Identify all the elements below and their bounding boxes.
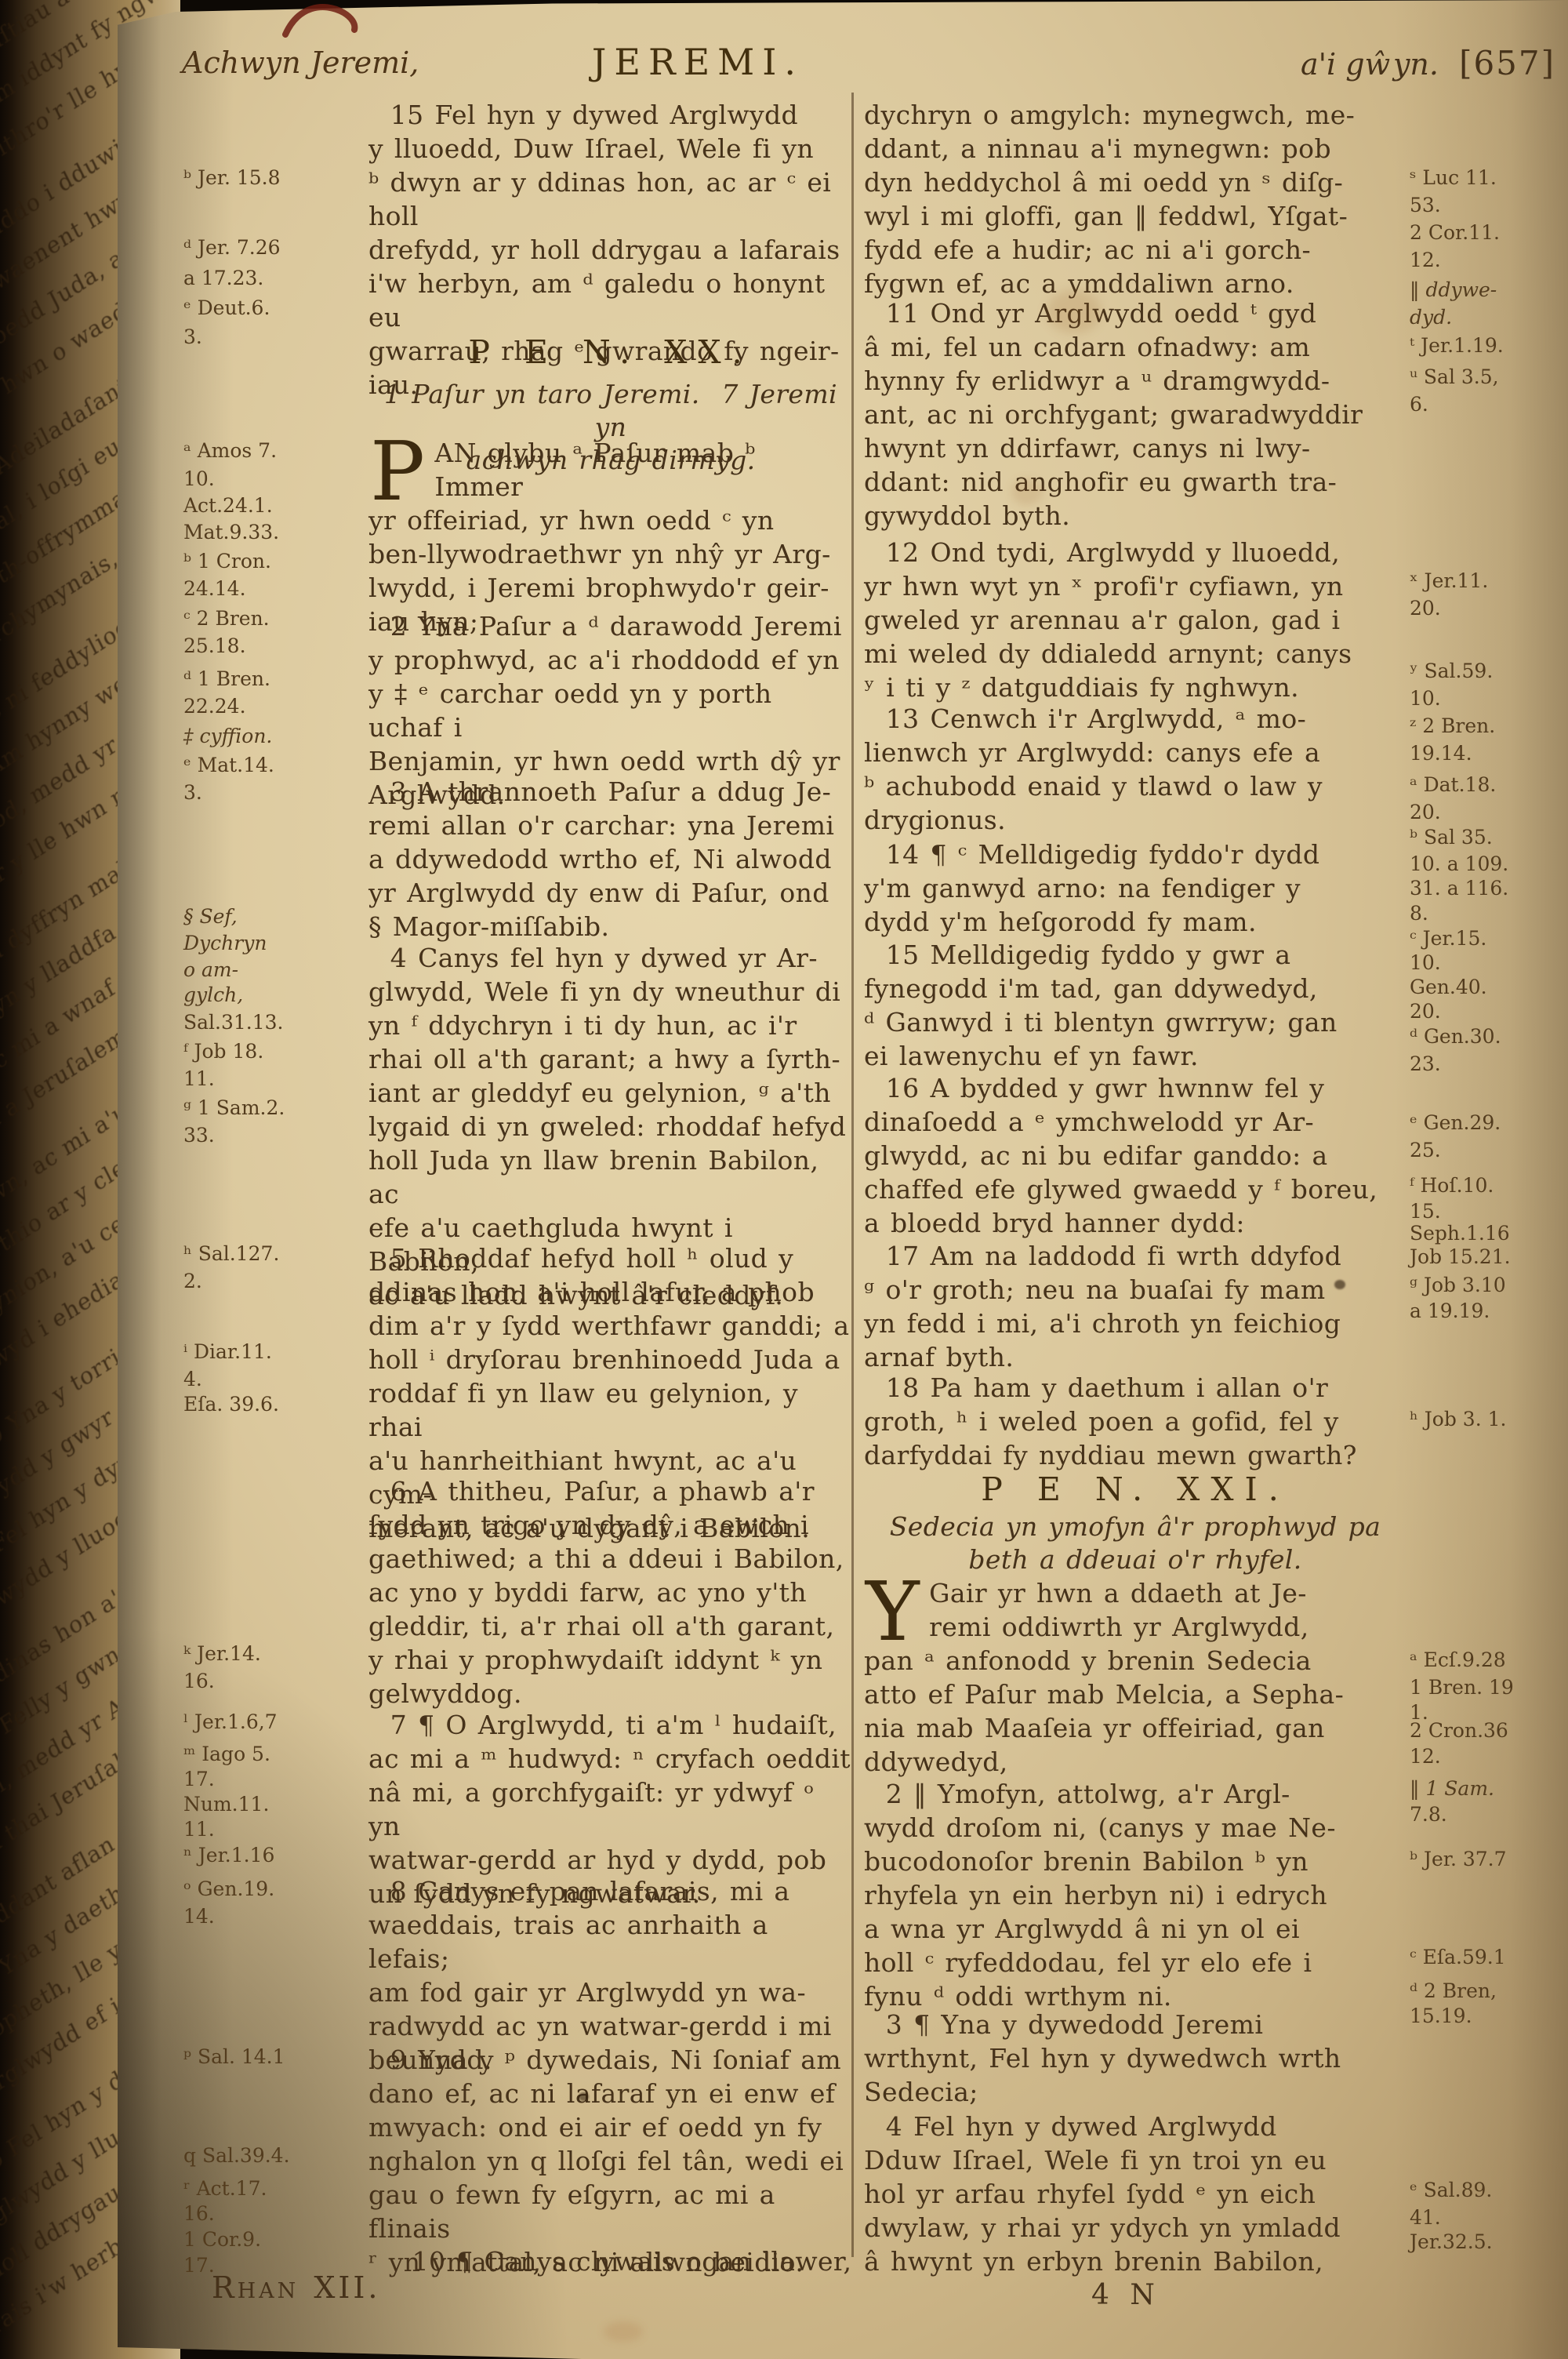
margin-cross-reference: Seph.1.16	[1410, 1222, 1510, 1245]
margin-cross-reference: 14.	[183, 1905, 215, 1928]
margin-cross-reference: § Sef,	[183, 905, 238, 929]
margin-cross-reference: ᵈ Jer. 7.26	[183, 236, 281, 260]
margin-cross-reference: q Sal.39.4.	[183, 2144, 290, 2168]
chapter-heading-20: P E N. XX.	[368, 336, 853, 369]
drop-cap-initial: Y	[864, 1576, 929, 1644]
verse-12: 12 Ond tydi, Arglwydd y lluoedd, yr hwn …	[864, 536, 1406, 704]
margin-cross-reference: 8.	[1410, 902, 1428, 925]
margin-cross-reference: ᵏ Jer.14.	[183, 1642, 261, 1666]
margin-cross-reference: 2 Cor.11.	[1410, 221, 1500, 245]
margin-cross-reference: ʰ Sal.127.	[183, 1242, 279, 1266]
margin-cross-reference: 16.	[183, 1670, 215, 1693]
book-photograph: yr hwn pwy bynnag a'i clywgluſtiau a fer…	[0, 0, 1568, 2359]
margin-cross-reference: Eſa. 39.6.	[183, 1393, 279, 1416]
margin-cross-reference: ᵃ Dat.18.	[1410, 773, 1496, 797]
signature-mark: 4 N	[1091, 2278, 1160, 2312]
verse-text: Gair yr hwn a ddaeth at Je- remi oddiwrt…	[864, 1578, 1344, 1777]
margin-cross-reference: 11.	[183, 1818, 215, 1841]
verse-3: 3 A thrannoeth Paſur a ddug Je- remi all…	[368, 775, 853, 943]
verse-15: 15 Melldigedig fyddo y gwr a fynegodd i'…	[864, 938, 1406, 1073]
verse-text: AN glybu ᵃ Paſur mab ᵇ Immer yr offeiria…	[368, 438, 831, 637]
margin-cross-reference: ᵉ Sal.89.	[1410, 2179, 1492, 2202]
verse-1: YGair yr hwn a ddaeth at Je- remi oddiwr…	[864, 1576, 1406, 1779]
drop-cap-initial: P	[368, 436, 434, 503]
margin-cross-reference: 20.	[1410, 597, 1441, 620]
margin-cross-reference: ᶜ 2 Bren.	[183, 607, 270, 631]
margin-cross-reference: 33.	[183, 1124, 215, 1147]
margin-cross-reference: ‖ ddywe-	[1410, 278, 1497, 302]
margin-cross-reference: 19.14.	[1410, 742, 1472, 765]
verse-10-cont: dychryn o amgylch: mynegwch, me- ddant, …	[864, 98, 1406, 300]
margin-cross-reference: ᵉ Gen.29.	[1410, 1111, 1501, 1135]
margin-cross-reference: Mat.9.33.	[183, 521, 279, 544]
margin-cross-reference: ʰ Job 3. 1.	[1410, 1408, 1506, 1431]
margin-cross-reference: 31. a 116.	[1410, 877, 1508, 900]
margin-cross-reference: 6.	[1410, 393, 1428, 416]
margin-cross-reference: gylch,	[183, 983, 243, 1007]
margin-cross-reference: 12.	[1410, 1745, 1441, 1768]
margin-cross-reference: ᵃ Ecſ.9.28	[1410, 1648, 1506, 1672]
margin-cross-reference: ʳ Act.17.	[183, 2177, 267, 2201]
margin-cross-reference: ᵇ Jer. 37.7	[1410, 1848, 1507, 1871]
margin-cross-reference: ᵈ 2 Bren,	[1410, 1979, 1497, 2003]
margin-cross-reference: ᵉ Deut.6.	[183, 296, 270, 320]
margin-cross-reference: ‡ cyffion.	[183, 725, 272, 748]
verse-14: 14 ¶ ᶜ Melldigedig fyddo'r dydd y'm ganw…	[864, 838, 1406, 939]
verse-10: 10 ¶ Canys clywais ogan llawer,	[368, 2245, 853, 2278]
chapter-summary-21: Sedecia yn ymofyn â'r prophwyd pa beth a…	[864, 1510, 1406, 1576]
left-margin-notes: ᵇ Jer. 15.8ᵈ Jer. 7.26a 17.23.ᵉ Deut.6.3…	[183, 0, 365, 2359]
margin-cross-reference: 2 Cron.36	[1410, 1719, 1508, 1743]
verse-16: 16 A bydded y gwr hwnnw fel y dinaſoedd …	[864, 1071, 1406, 1240]
margin-cross-reference: 25.	[1410, 1139, 1441, 1162]
margin-cross-reference: 10.	[183, 467, 215, 491]
margin-cross-reference: 23.	[1410, 1052, 1441, 1076]
margin-cross-reference: ᵇ 1 Cron.	[183, 550, 271, 573]
margin-cross-reference: 1 Cor.9.	[183, 2228, 261, 2252]
verse-17: 17 Am na laddodd fi wrth ddyfod ᵍ o'r gr…	[864, 1239, 1406, 1374]
margin-cross-reference: 17.	[183, 2254, 215, 2277]
verse-4: 4 Fel hyn y dywed Arglwydd Dduw Iſrael, …	[864, 2110, 1406, 2278]
margin-cross-reference: 15.19.	[1410, 2005, 1472, 2028]
verse-18: 18 Pa ham y daethum i allan o'r groth, ʰ…	[864, 1371, 1406, 1472]
margin-cross-reference: Sal.31.13.	[183, 1011, 284, 1034]
margin-cross-reference: ʸ Sal.59.	[1410, 660, 1493, 683]
margin-cross-reference: ᵇ Sal 35.	[1410, 826, 1493, 849]
margin-cross-reference: ᶜ Jer.15.	[1410, 927, 1486, 951]
margin-cross-reference: Jer.32.5.	[1410, 2230, 1493, 2254]
right-column-text: dychryn o amgylch: mynegwch, me- ddant, …	[864, 0, 1406, 2359]
margin-cross-reference: ᶠ Job 18.	[183, 1040, 263, 1063]
bible-page: Achwyn Jeremi, JEREMI. a'i gŵyn. [657] ᵇ…	[118, 0, 1568, 2359]
margin-cross-reference: 10.	[1410, 687, 1441, 711]
margin-cross-reference: ᵖ Sal. 14.1	[183, 2045, 285, 2069]
margin-cross-reference: Act.24.1.	[183, 494, 273, 518]
margin-cross-reference: ᵘ Sal 3.5,	[1410, 365, 1499, 389]
margin-cross-reference: 11.	[183, 1067, 215, 1091]
left-column-text: 15 Fel hyn y dywed Arglwydd y lluoedd, D…	[368, 0, 853, 2359]
margin-cross-reference: ᵉ Mat.14.	[183, 754, 274, 777]
margin-cross-reference: ˢ Luc 11.	[1410, 166, 1497, 190]
margin-cross-reference: 53.	[1410, 194, 1441, 217]
margin-cross-reference: 12.	[1410, 249, 1441, 272]
verse-3: 3 ¶ Yna y dywedodd Jeremi wrthynt, Fel h…	[864, 2008, 1406, 2109]
verse-2: 2 ‖ Ymofyn, attolwg, a'r Argl- wydd droſ…	[864, 1777, 1406, 2013]
margin-cross-reference: Gen.40.	[1410, 976, 1487, 999]
margin-cross-reference: 25.18.	[183, 634, 246, 658]
margin-cross-reference: ˣ Jer.11.	[1410, 569, 1488, 593]
margin-cross-reference: a 17.23.	[183, 267, 263, 290]
verse-13: 13 Cenwch i'r Arglwydd, ᵃ mo- lienwch yr…	[864, 702, 1406, 837]
margin-cross-reference: ᶠ Hoſ.10.	[1410, 1174, 1494, 1198]
margin-cross-reference: ᵃ Amos 7.	[183, 439, 277, 463]
margin-cross-reference: 3.	[183, 325, 202, 349]
catchword: Rhan XII.	[212, 2271, 381, 2305]
margin-cross-reference: 3.	[183, 781, 202, 805]
margin-cross-reference: 20.	[1410, 801, 1441, 824]
margin-cross-reference: ‖ 1 Sam.	[1410, 1777, 1494, 1801]
margin-cross-reference: 10. a 109.	[1410, 852, 1508, 876]
verse-6: 6 A thitheu, Paſur, a phawb a'r ſydd yn …	[368, 1474, 853, 1710]
margin-cross-reference: 10.	[1410, 951, 1441, 975]
margin-cross-reference: 24.14.	[183, 577, 246, 601]
margin-cross-reference: 15.	[1410, 1200, 1441, 1223]
margin-cross-reference: ᵈ Gen.30.	[1410, 1025, 1501, 1049]
margin-cross-reference: 4.	[183, 1368, 202, 1391]
margin-cross-reference: Num.11.	[183, 1793, 269, 1816]
margin-cross-reference: ᵒ Gen.19.	[183, 1877, 274, 1901]
margin-cross-reference: ˡ Jer.1.6,7	[183, 1710, 278, 1734]
verse-1: PAN glybu ᵃ Paſur mab ᵇ Immer yr offeiri…	[368, 436, 853, 638]
verse-11: 11 Ond yr Arglwydd oedd ᵗ gyd â mi, fel …	[864, 296, 1406, 533]
margin-cross-reference: 20.	[1410, 1000, 1441, 1023]
margin-cross-reference: ⁱ Diar.11.	[183, 1340, 272, 1364]
margin-cross-reference: ᵈ 1 Bren.	[183, 667, 270, 691]
margin-cross-reference: ᵍ 1 Sam.2.	[183, 1096, 285, 1120]
margin-cross-reference: Dychryn	[183, 932, 267, 955]
margin-cross-reference: a 19.19.	[1410, 1299, 1490, 1323]
margin-cross-reference: ᵍ Job 3.10	[1410, 1274, 1506, 1297]
margin-cross-reference: ᵇ Jer. 15.8	[183, 166, 281, 190]
margin-cross-reference: ᶻ 2 Bren.	[1410, 714, 1495, 738]
chapter-heading-21: P E N. XXI.	[864, 1473, 1406, 1507]
margin-cross-reference: 2.	[183, 1270, 202, 1293]
margin-cross-reference: ᶜ Eſa.59.1	[1410, 1946, 1506, 1969]
margin-cross-reference: 16.	[183, 2202, 215, 2226]
margin-cross-reference: 22.24.	[183, 695, 246, 718]
right-margin-notes: ˢ Luc 11.53.2 Cor.11.12.‖ ddywe-dyd.ᵗ Je…	[1410, 0, 1566, 2359]
margin-cross-reference: ᵐ Iago 5.	[183, 1743, 270, 1766]
margin-cross-reference: 1 Bren. 19	[1410, 1676, 1514, 1699]
margin-cross-reference: 41.	[1410, 2206, 1441, 2230]
margin-cross-reference: o am-	[183, 958, 238, 982]
margin-cross-reference: 17.	[183, 1768, 215, 1791]
margin-cross-reference: ᵗ Jer.1.19.	[1410, 334, 1504, 358]
margin-cross-reference: ⁿ Jer.1.16	[183, 1844, 274, 1867]
margin-cross-reference: dyd.	[1410, 306, 1452, 329]
margin-cross-reference: Job 15.21.	[1410, 1245, 1511, 1269]
red-ink-mark	[274, 0, 376, 47]
verse-9: 9 Yna y ᵖ dywedais, Ni ſoniaf am dano ef…	[368, 2043, 853, 2279]
margin-cross-reference: 7.8.	[1410, 1803, 1447, 1826]
